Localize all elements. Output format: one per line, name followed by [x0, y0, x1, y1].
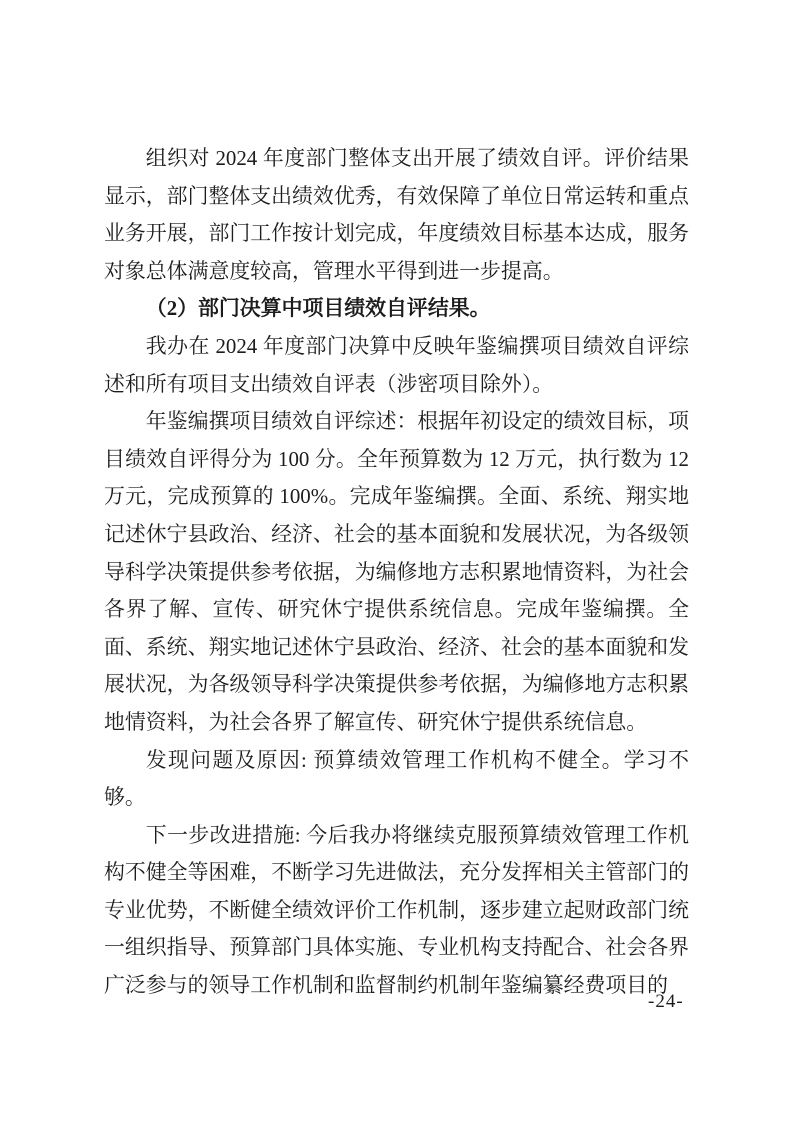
paragraph: 下一步改进措施: 今后我办将继续克服预算绩效管理工作机构不健全等困难，不断学习先… — [104, 817, 689, 1005]
page-number: -24- — [648, 991, 684, 1013]
paragraph: 组织对 2024 年度部门整体支出开展了绩效自评。评价结果显示，部门整体支出绩效… — [104, 140, 689, 290]
paragraph: 我办在 2024 年度部门决算中反映年鉴编撰项目绩效自评综述和所有项目支出绩效自… — [104, 328, 689, 403]
paragraph: 年鉴编撰项目绩效自评综述：根据年初设定的绩效目标，项目绩效自评得分为 100 分… — [104, 403, 689, 741]
document-body: 组织对 2024 年度部门整体支出开展了绩效自评。评价结果显示，部门整体支出绩效… — [104, 140, 689, 1005]
document-page: 组织对 2024 年度部门整体支出开展了绩效自评。评价结果显示，部门整体支出绩效… — [0, 0, 793, 1122]
section-heading: （2）部门决算中项目绩效自评结果。 — [104, 290, 689, 328]
paragraph: 发现问题及原因: 预算绩效管理工作机构不健全。学习不够。 — [104, 742, 689, 817]
